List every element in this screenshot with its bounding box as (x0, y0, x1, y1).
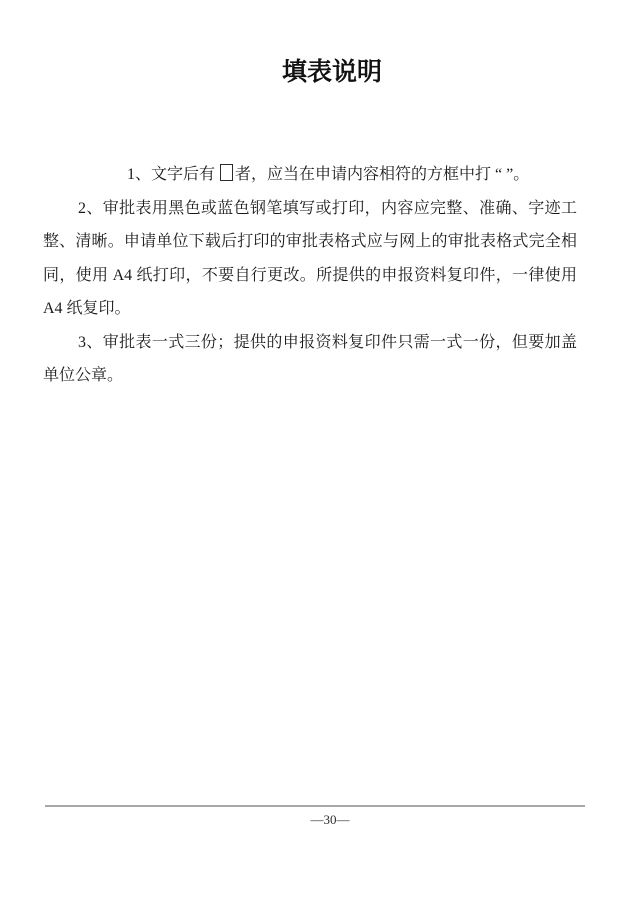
instruction-item-3-line-1: 3、审批表一式三份；提供的申报资料复印件只需一式一份，但要加盖 (43, 326, 577, 360)
instruction-item-2-line-3: 同，使用 A4 纸打印，不要自行更改。所提供的申报资料复印件，一律使用 (43, 259, 577, 293)
instruction-item-2-line-2: 整、清晰。申请单位下载后打印的审批表格式应与网上的审批表格式完全相 (43, 225, 577, 259)
instruction-item-2-line-4: A4 纸复印。 (43, 292, 577, 326)
item1-text-before: 1、文字后有 (127, 166, 215, 183)
instruction-item-3-line-2: 单位公章。 (43, 359, 577, 393)
document-page: 填表说明 1、文字后有者，应当在申请内容相符的方框中打 “ ”。 2、审批表用黑… (0, 0, 636, 900)
footer-divider (45, 805, 585, 807)
empty-checkbox-icon (220, 164, 233, 181)
instruction-item-1: 1、文字后有者，应当在申请内容相符的方框中打 “ ”。 (43, 158, 577, 192)
page-number: —30— (45, 811, 585, 829)
instructions-body: 1、文字后有者，应当在申请内容相符的方框中打 “ ”。 2、审批表用黑色或蓝色钢… (43, 158, 577, 393)
instruction-item-2-line-1: 2、审批表用黑色或蓝色钢笔填写或打印，内容应完整、准确、字迹工 (43, 192, 577, 226)
page-title: 填表说明 (0, 57, 636, 89)
item1-text-after: 者，应当在申请内容相符的方框中打 “ ”。 (235, 166, 529, 183)
